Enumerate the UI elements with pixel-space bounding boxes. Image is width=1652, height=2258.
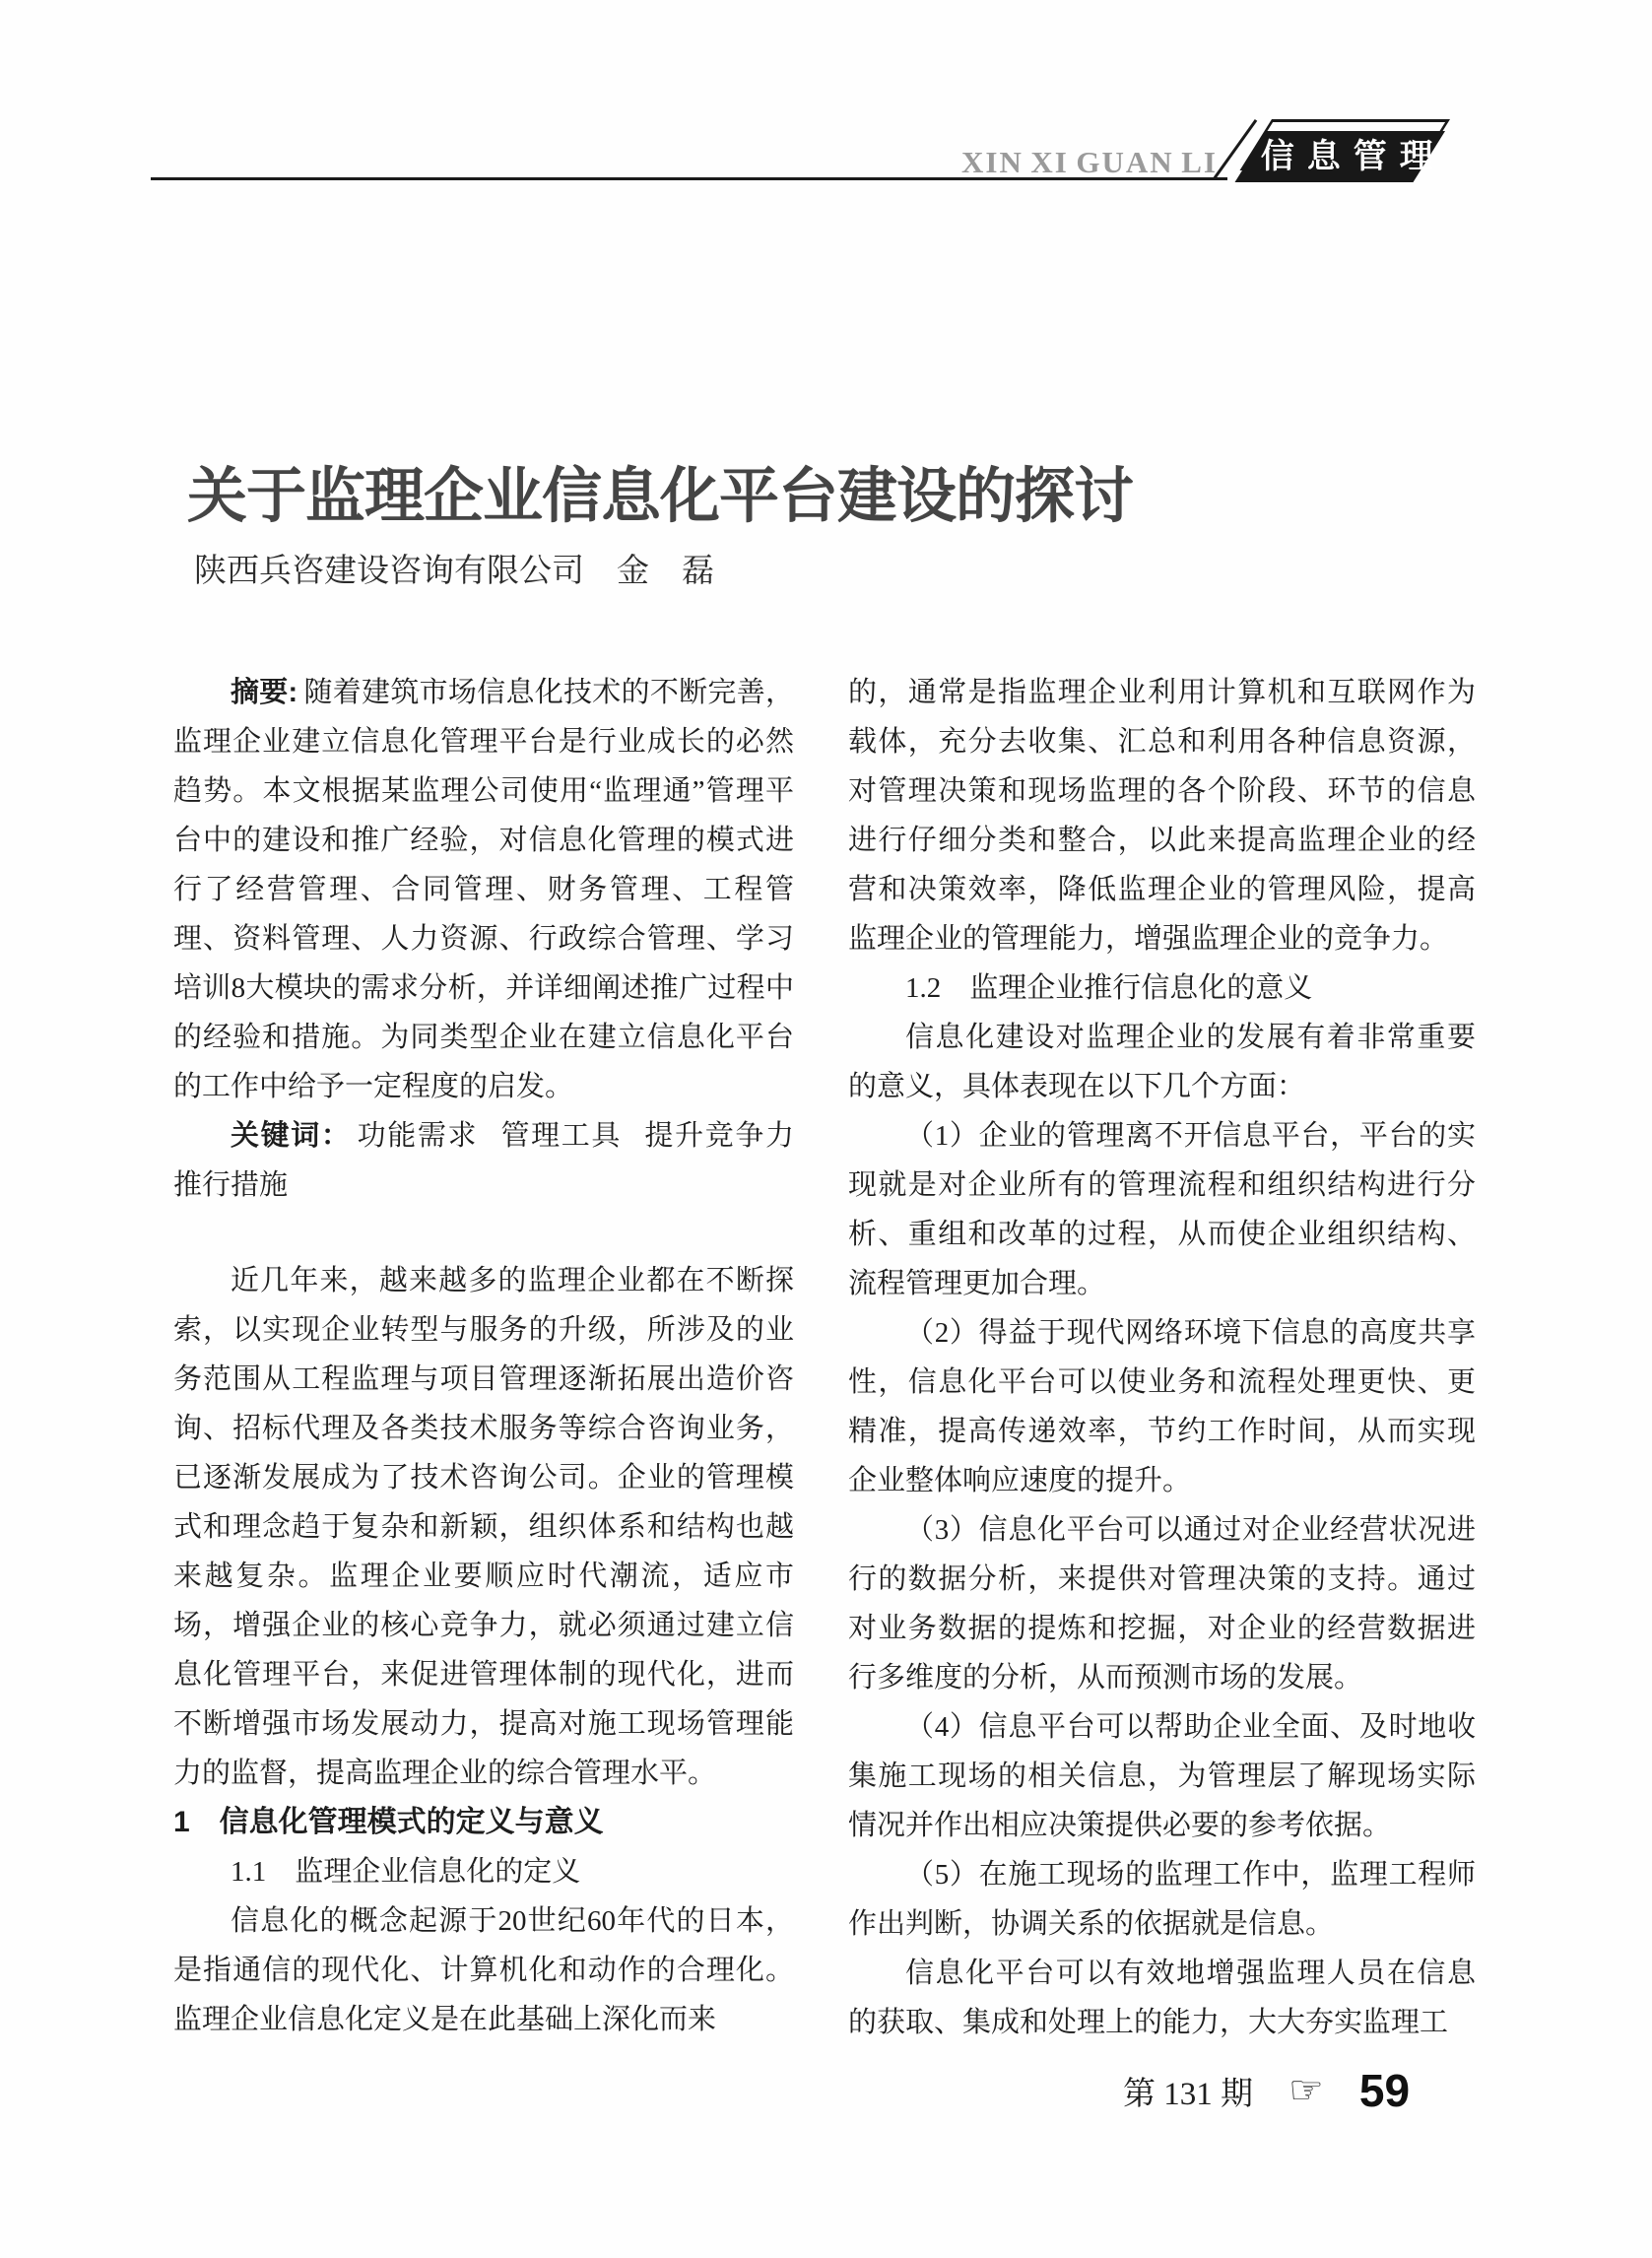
keywords-label: 关键词： xyxy=(231,1120,352,1152)
pinyin-word: GUAN xyxy=(1076,147,1173,177)
significance-item-5: （5）在施工现场的监理工作中，监理工程师作出判断，协调关系的依据就是信息。 xyxy=(848,1850,1476,1949)
significance-item-1: （1）企业的管理离不开信息平台，平台的实现就是对企业所有的管理流程和组织结构进行… xyxy=(848,1111,1476,1308)
significance-item-2: （2）得益于现代网络环境下信息的高度共享性，信息化平台可以使业务和流程处理更快、… xyxy=(848,1308,1476,1505)
pinyin-word: LI xyxy=(1181,147,1218,177)
abstract-text: 随着建筑市场信息化技术的不断完善，监理企业建立信息化管理平台是行业成长的必然趋势… xyxy=(173,677,794,1102)
significance-intro: 信息化建设对监理企业的发展有着非常重要的意义，具体表现在以下几个方面： xyxy=(848,1013,1476,1111)
author-line: 陕西兵咨建设咨询有限公司 金 磊 xyxy=(194,550,714,593)
journal-pinyin: XIN XI GUAN LI xyxy=(961,147,1218,177)
pointing-hand-icon: ☞ xyxy=(1289,2071,1324,2110)
pinyin-word: XIN xyxy=(961,147,1024,177)
page-footer: 第 131 期 ☞ 59 xyxy=(1123,2064,1410,2117)
significance-item-3: （3）信息化平台可以通过对企业经营状况进行的数据分析，来提供对管理决策的支持。通… xyxy=(848,1505,1476,1702)
left-column: 摘要:随着建筑市场信息化技术的不断完善，监理企业建立信息化管理平台是行业成长的必… xyxy=(173,668,794,2044)
issue-label: 第 131 期 xyxy=(1123,2068,1253,2114)
intro-paragraph: 近几年来，越来越多的监理企业都在不断探索，以实现企业转型与服务的升级，所涉及的业… xyxy=(173,1256,794,1798)
definition-paragraph: 信息化的概念起源于20世纪60年代的日本，是指通信的现代化、计算机化和动作的合理… xyxy=(173,1896,794,2044)
section-heading-1-1: 1.1 监理企业信息化的定义 xyxy=(173,1847,794,1896)
section-heading-1: 1 信息化管理模式的定义与意义 xyxy=(173,1798,794,1847)
abstract-label: 摘要: xyxy=(231,677,297,708)
right-column: 的，通常是指监理企业利用计算机和互联网作为载体，充分去收集、汇总和利用各种信息资… xyxy=(848,668,1476,2047)
keywords-paragraph: 关键词：功能需求 管理工具 提升竞争力 推行措施 xyxy=(173,1111,794,1210)
abstract-paragraph: 摘要:随着建筑市场信息化技术的不断完善，监理企业建立信息化管理平台是行业成长的必… xyxy=(173,668,794,1111)
pinyin-word: XI xyxy=(1030,147,1068,177)
closing-paragraph: 信息化平台可以有效地增强监理人员在信息的获取、集成和处理上的能力，大大夯实监理工 xyxy=(848,1949,1476,2047)
section-heading-1-2: 1.2 监理企业推行信息化的意义 xyxy=(848,963,1476,1013)
significance-item-4: （4）信息平台可以帮助企业全面、及时地收集施工现场的相关信息，为管理层了解现场实… xyxy=(848,1702,1476,1850)
section-badge: 信息管理 xyxy=(1235,131,1445,182)
section-badge-label: 信息管理 xyxy=(1251,131,1429,182)
article-title: 关于监理企业信息化平台建设的探讨 xyxy=(187,458,1133,533)
continuation-paragraph: 的，通常是指监理企业利用计算机和互联网作为载体，充分去收集、汇总和利用各种信息资… xyxy=(848,668,1476,963)
journal-page: XIN XI GUAN LI 信息管理 关于监理企业信息化平台建设的探讨 陕西兵… xyxy=(0,0,1652,2258)
page-number: 59 xyxy=(1359,2064,1410,2117)
